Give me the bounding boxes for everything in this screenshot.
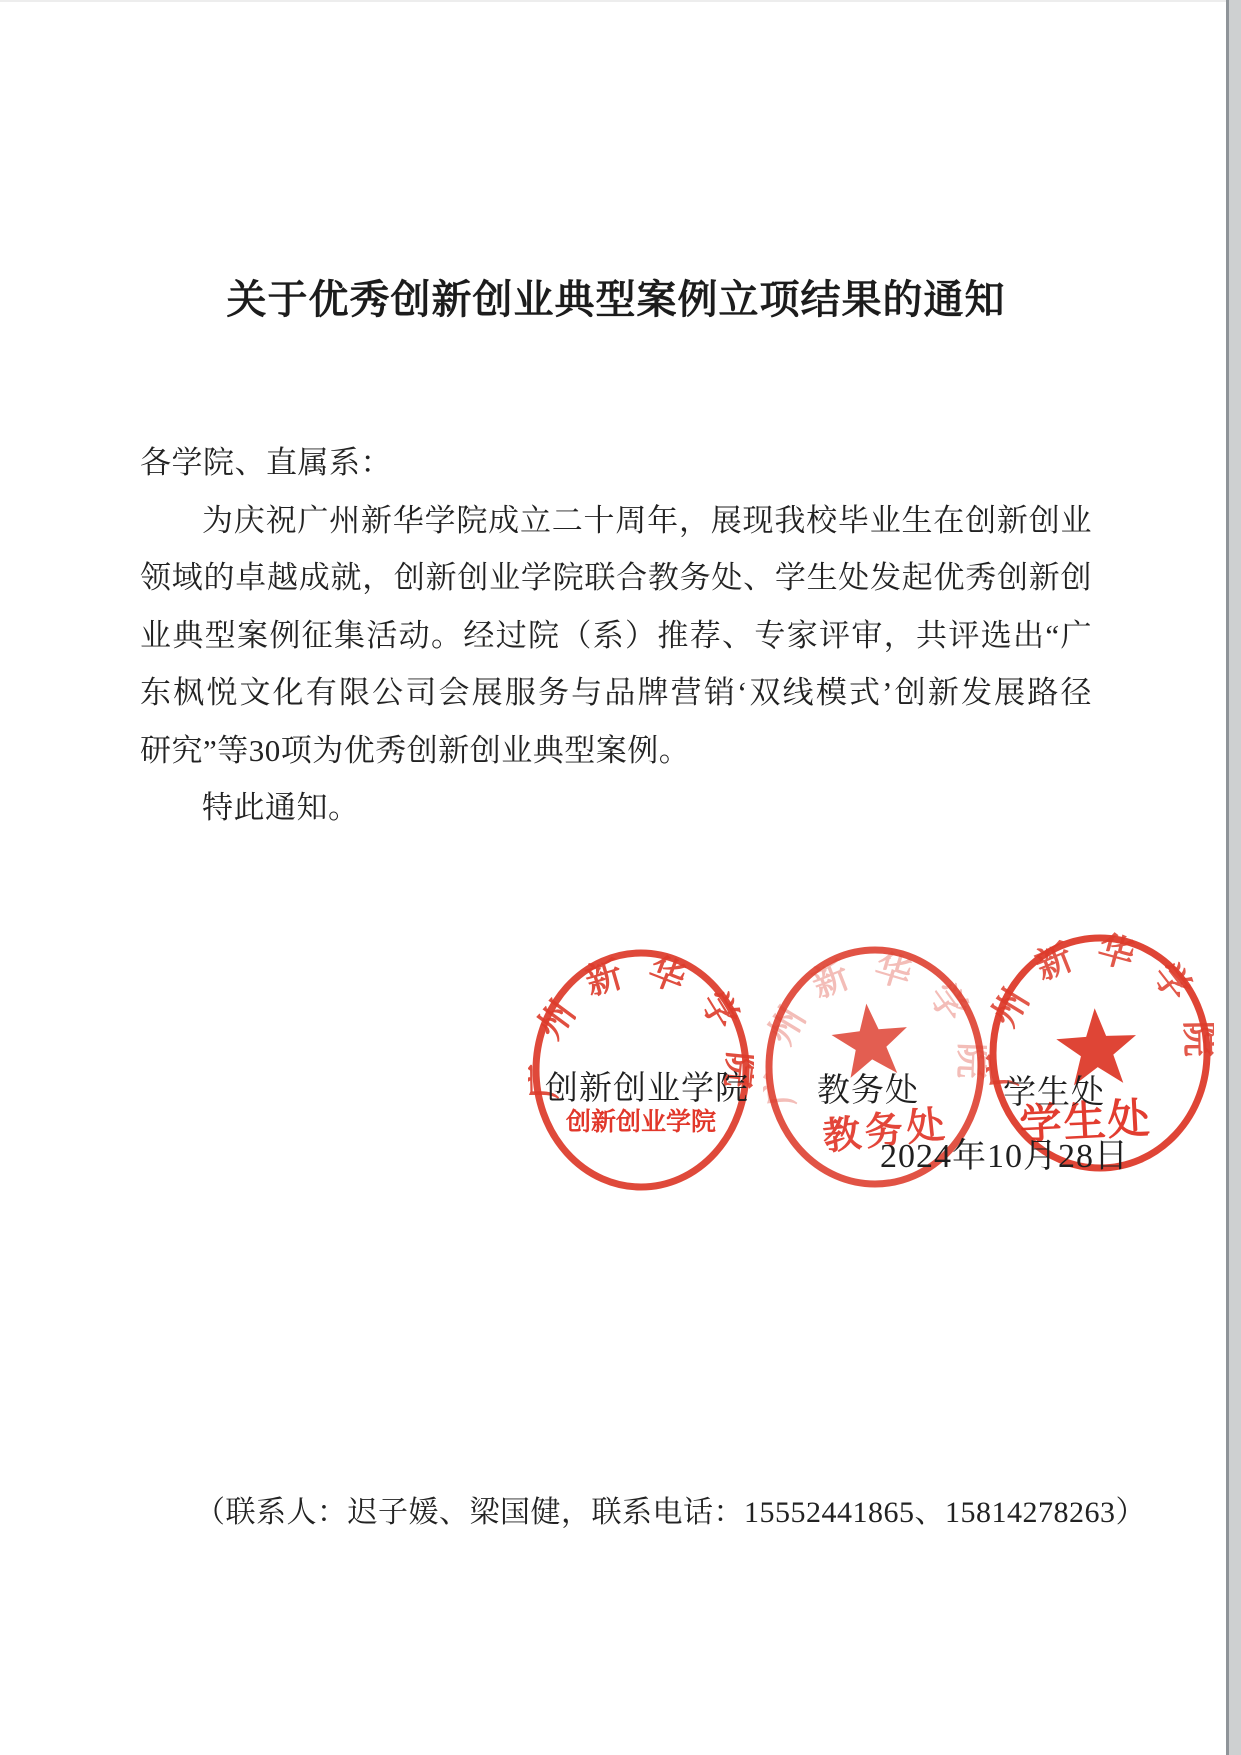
signature-dept-student-affairs: 学生处 <box>1003 1066 1105 1113</box>
body-line: 东枫悦文化有限公司会展服务与品牌营销‘双线模式’创新发展路径 <box>140 664 1092 722</box>
notice-date: 2024年10月28日 <box>880 1128 1129 1177</box>
signature-dept-innovation-college: 创新创业学院 <box>545 1062 749 1109</box>
signature-dept-academic-affairs: 教务处 <box>817 1064 919 1111</box>
notice-body: 各学院、直属系： 为庆祝广州新华学院成立二十周年，展现我校毕业生在创新创业 领域… <box>140 434 1092 837</box>
stamp-bottom-label: 创新创业学院 <box>565 1107 716 1136</box>
body-line: 为庆祝广州新华学院成立二十周年，展现我校毕业生在创新创业 <box>140 492 1092 550</box>
notice-document-page: 关于优秀创新创业典型案例立项结果的通知 各学院、直属系： 为庆祝广州新华学院成立… <box>0 0 1241 1755</box>
page-title: 关于优秀创新创业典型案例立项结果的通知 <box>140 268 1092 325</box>
salutation: 各学院、直属系： <box>140 434 1092 492</box>
body-line: 研究”等30项为优秀创新创业典型案例。 <box>140 722 1092 780</box>
closing-line: 特此通知。 <box>140 779 1092 837</box>
body-line: 业典型案例征集活动。经过院（系）推荐、专家评审，共评选出“广 <box>140 607 1092 665</box>
body-line: 领域的卓越成就，创新创业学院联合教务处、学生处发起优秀创新创 <box>140 549 1092 607</box>
scan-top-edge <box>0 0 1241 2</box>
contact-info-line: （联系人：迟子媛、梁国健，联系电话：15552441865、1581427826… <box>195 1487 1095 1531</box>
scan-right-edge <box>1226 0 1241 1755</box>
